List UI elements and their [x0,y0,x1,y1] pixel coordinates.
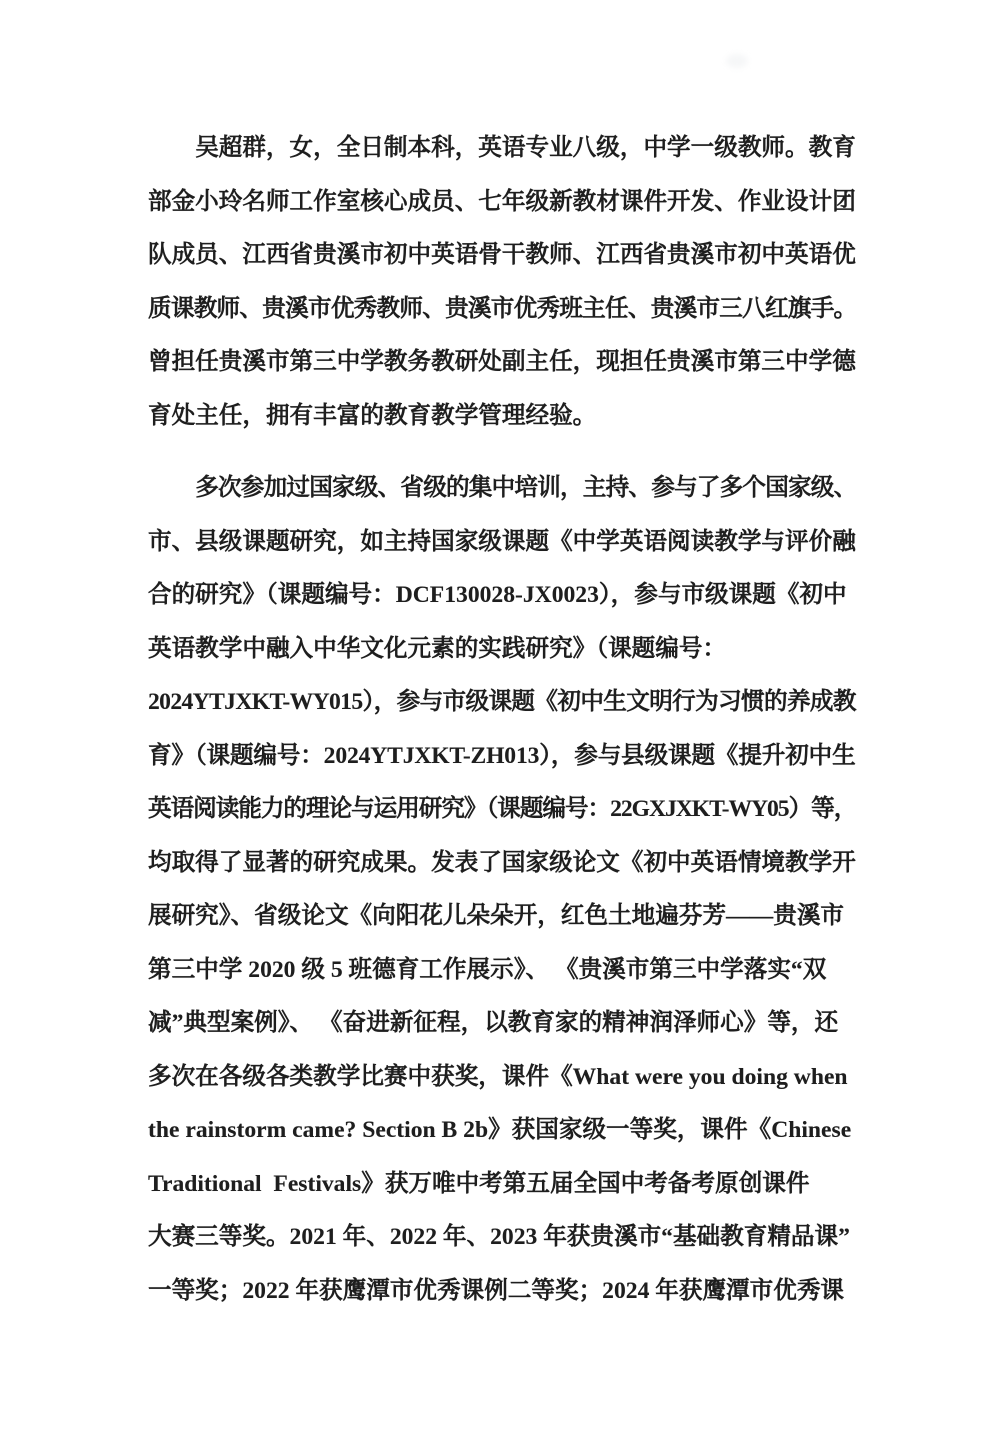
text-line: 质课教师、贵溪市优秀教师、贵溪市优秀班主任、贵溪市三八红旗手。 [148,283,856,337]
text-line: Traditional Festivals》获万唯中考第五届全国中考备考原创课件 [148,1158,856,1212]
text-line: 育》（课题编号：2024YTJXKT-ZH013），参与县级课题《提升初中生 [148,730,856,784]
text-line: 部金小玲名师工作室核心成员、七年级新教材课件开发、作业设计团 [148,176,856,230]
text-line: 均取得了显著的研究成果。发表了国家级论文《初中英语情境教学开 [148,837,856,891]
text-line: 一等奖；2022 年获鹰潭市优秀课例二等奖；2024 年获鹰潭市优秀课 [148,1265,856,1319]
scan-artifact [726,54,748,68]
scanned-document-page: { "page": { "background": "#ffffff", "te… [0,0,1000,1442]
text-line: 市、县级课题研究，如主持国家级课题《中学英语阅读教学与评价融 [148,516,856,570]
text-line: 英语阅读能力的理论与运用研究》（课题编号：22GXJXKT-WY05）等， [148,783,856,837]
text-line: the rainstorm came? Section B 2b》获国家级一等奖… [148,1104,856,1158]
document-text-block: 吴超群，女，全日制本科，英语专业八级，中学一级教师。教育 部金小玲名师工作室核心… [148,122,856,1318]
text-line: 吴超群，女，全日制本科，英语专业八级，中学一级教师。教育 [148,122,856,176]
text-line: 育处主任，拥有丰富的教育教学管理经验。 [148,390,856,444]
paragraph-bio: 吴超群，女，全日制本科，英语专业八级，中学一级教师。教育 部金小玲名师工作室核心… [148,122,856,443]
text-line: 第三中学 2020 级 5 班德育工作展示》、 《贵溪市第三中学落实“双 [148,944,856,998]
text-line: 英语教学中融入中华文化元素的实践研究》（课题编号： [148,623,856,677]
text-line: 合的研究》（课题编号：DCF130028-JX0023），参与市级课题《初中 [148,569,856,623]
text-line: 2024YTJXKT-WY015），参与市级课题《初中生文明行为习惯的养成教 [148,676,856,730]
page-background: 吴超群，女，全日制本科，英语专业八级，中学一级教师。教育 部金小玲名师工作室核心… [0,0,1000,1442]
text-line: 大赛三等奖。2021 年、2022 年、2023 年获贵溪市“基础教育精品课” [148,1211,856,1265]
text-line: 多次参加过国家级、省级的集中培训，主持、参与了多个国家级、 [148,462,856,516]
paragraph-achievements: 多次参加过国家级、省级的集中培训，主持、参与了多个国家级、 市、县级课题研究，如… [148,462,856,1318]
text-line: 队成员、江西省贵溪市初中英语骨干教师、江西省贵溪市初中英语优 [148,229,856,283]
text-line: 曾担任贵溪市第三中学教务教研处副主任，现担任贵溪市第三中学德 [148,336,856,390]
text-line: 展研究》、省级论文《向阳花儿朵朵开，红色土地遍芬芳——贵溪市 [148,890,856,944]
text-line: 多次在各级各类教学比赛中获奖，课件《What were you doing wh… [148,1051,856,1105]
text-line: 减”典型案例》、 《奋进新征程，以教育家的精神润泽师心》等，还 [148,997,856,1051]
